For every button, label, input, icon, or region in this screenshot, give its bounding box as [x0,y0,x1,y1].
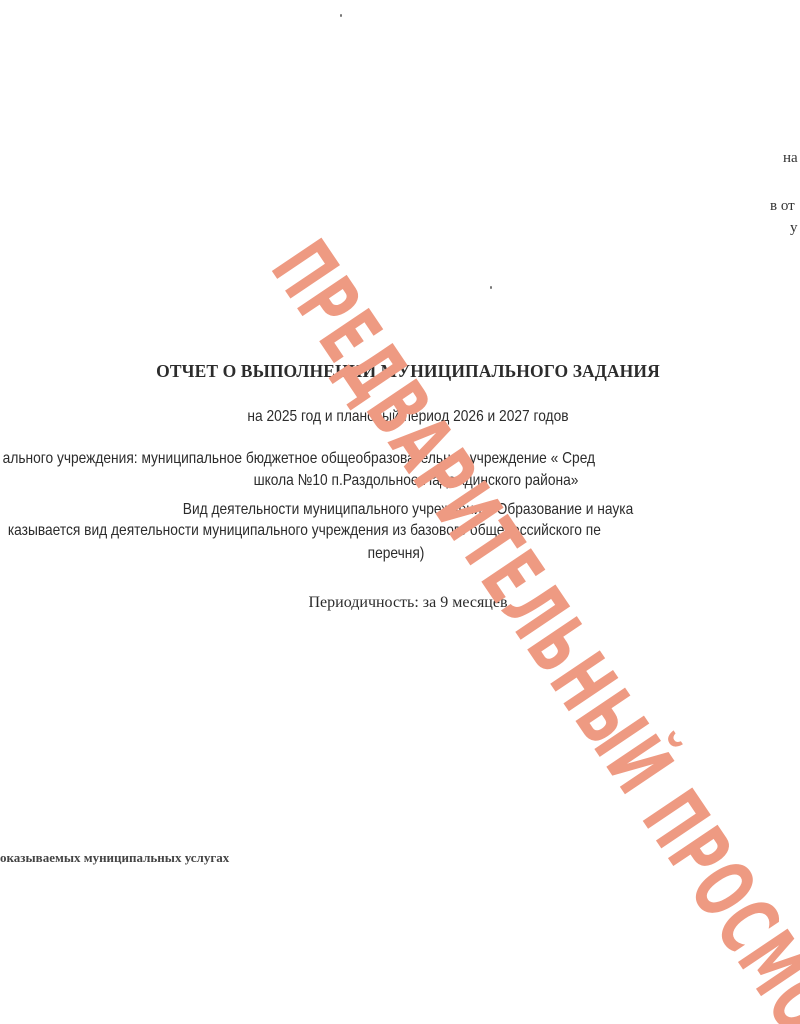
header-right-line-1: на [783,150,798,167]
document-page: на в от у ОТЧЕТ О ВЫПОЛНЕНИИ МУНИЦИПАЛЬН… [0,0,800,1024]
activity-note-line-2: перечня) [52,545,740,563]
institution-line-2: школа №10 п.Раздольное Надеждинского рай… [72,472,760,490]
institution-line-1: ального учреждения: муниципальное бюджет… [3,450,798,468]
header-right-line-3: у [790,220,798,237]
periodicity-line: Периодичность: за 9 месяцев [8,594,800,612]
activity-type-line: Вид деятельности муниципального учрежден… [64,501,752,519]
report-subtitle: на 2025 год и плановый период 2026 и 202… [64,408,752,426]
section-heading: оказываемых муниципальных услугах [0,850,229,866]
scan-speck [490,286,492,289]
header-right-line-2: в от [770,198,795,215]
activity-note-line-1: казывается вид деятельности муниципально… [8,522,792,540]
scan-speck [340,14,342,17]
report-title: ОТЧЕТ О ВЫПОЛНЕНИИ МУНИЦИПАЛЬНОГО ЗАДАНИ… [8,361,800,382]
